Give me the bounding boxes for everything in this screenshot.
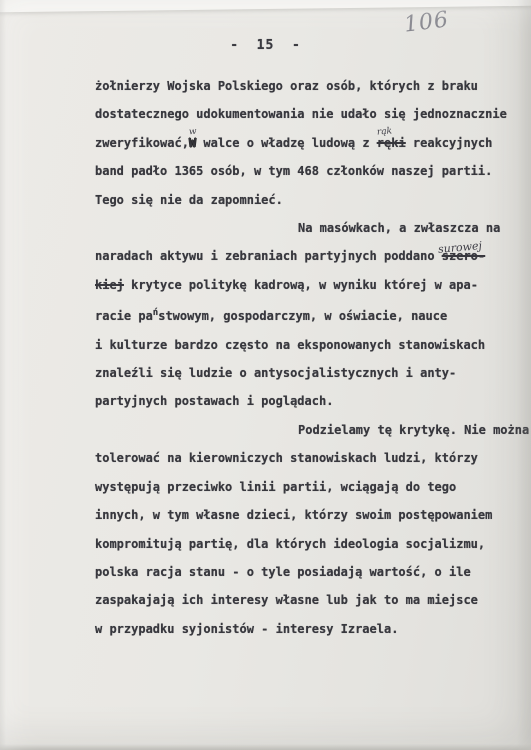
text-line: polska racja stanu - o tyle posiadają wa… — [95, 558, 525, 586]
typed-text: innych, w tym własne dzieci, którzy swoi… — [95, 508, 492, 522]
handwritten-page-number: 106 — [403, 7, 451, 37]
typed-text: zweryfikować, — [95, 136, 189, 150]
text-line: Na masówkach, a zwłaszcza na — [95, 214, 525, 242]
text-line: kompromitują partię, dla których ideolog… — [95, 530, 525, 558]
typed-text: w przypadku syjonistów - interesy Izrael… — [95, 622, 398, 636]
text-line: kiej krytyce politykę kadrową, w wyniku … — [95, 271, 525, 299]
typed-text: walce o władzę ludową z — [196, 136, 377, 150]
handwritten-correction: surowej — [437, 240, 482, 255]
text-line: band padło 1365 osób, w tym 468 członków… — [95, 157, 525, 185]
handwritten-correction: rąk — [376, 126, 392, 138]
struck-text: szero-surowej — [442, 249, 485, 263]
text-line: żołnierzy Wojska Polskiego oraz osób, kt… — [95, 72, 525, 100]
typed-text: znaleźli się ludzie o antysocjalistyczny… — [95, 366, 456, 380]
text-block: żołnierzy Wojska Polskiego oraz osób, kt… — [95, 72, 525, 643]
typed-text: Podzielamy tę krytykę. Nie można — [298, 423, 529, 437]
typed-text: dostatecznego udokumentowania nie udało … — [95, 107, 507, 121]
text-line: znaleźli się ludzie o antysocjalistyczny… — [95, 359, 525, 387]
paper-left-edge — [0, 0, 6, 750]
typed-text: występują przeciwko linii partii, wciąga… — [95, 480, 456, 494]
typed-text: racie pa — [95, 309, 153, 323]
typed-text: Tego się nie da zapomnieć. — [95, 193, 283, 207]
handwritten-correction: w — [188, 126, 197, 138]
scanned-page: 106 - 15 - żołnierzy Wojska Polskiego or… — [0, 0, 531, 750]
typed-text: tolerować na kierowniczych stanowiskach … — [95, 451, 478, 465]
paper-bottom-edge — [0, 744, 531, 750]
struck-text: rękirąk — [377, 136, 406, 150]
typed-text: stwowym, gospodarczym, w oświacie, nauce — [158, 309, 447, 323]
paper-top-edge — [0, 0, 531, 12]
typed-text: band padło 1365 osób, w tym 468 członków… — [95, 164, 492, 178]
text-line: naradach aktywu i zebraniach partyjnych … — [95, 242, 525, 270]
typed-text: reakcyjnych — [406, 136, 493, 150]
text-line: partyjnych postawach i poglądach. — [95, 387, 525, 415]
typed-text: Na masówkach, a zwłaszcza na — [298, 221, 500, 235]
text-line: zaspakajają ich interesy własne lub jak … — [95, 586, 525, 614]
typed-text: kompromitują partię, dla których ideolog… — [95, 537, 485, 551]
text-line: w przypadku syjonistów - interesy Izrael… — [95, 615, 525, 643]
typed-text: żołnierzy Wojska Polskiego oraz osób, kt… — [95, 79, 478, 93]
typed-text: partyjnych postawach i poglądach. — [95, 394, 333, 408]
text-line: występują przeciwko linii partii, wciąga… — [95, 473, 525, 501]
typed-text: naradach aktywu i zebraniach partyjnych … — [95, 249, 442, 263]
text-line: innych, w tym własne dzieci, którzy swoi… — [95, 501, 525, 529]
text-line: tolerować na kierowniczych stanowiskach … — [95, 444, 525, 472]
typed-text: i kulturze bardzo często na eksponowanyc… — [95, 338, 485, 352]
typed-text: Ww — [189, 136, 196, 150]
text-line: Tego się nie da zapomnieć. — [95, 186, 525, 214]
page-number-header: - 15 - — [0, 38, 531, 53]
text-line: zweryfikować,Ww walce o władzę ludową z … — [95, 129, 525, 157]
struck-text: kiej — [95, 278, 124, 292]
text-line: racie państwowym, gospodarczym, w oświac… — [95, 299, 525, 330]
text-line: i kulturze bardzo często na eksponowanyc… — [95, 331, 525, 359]
typed-text: krytyce politykę kadrową, w wyniku które… — [124, 278, 478, 292]
text-line: Podzielamy tę krytykę. Nie można — [95, 416, 525, 444]
typed-text: zaspakajają ich interesy własne lub jak … — [95, 593, 478, 607]
typed-text: polska racja stanu - o tyle posiadają wa… — [95, 565, 471, 579]
text-line: dostatecznego udokumentowania nie udało … — [95, 100, 525, 128]
